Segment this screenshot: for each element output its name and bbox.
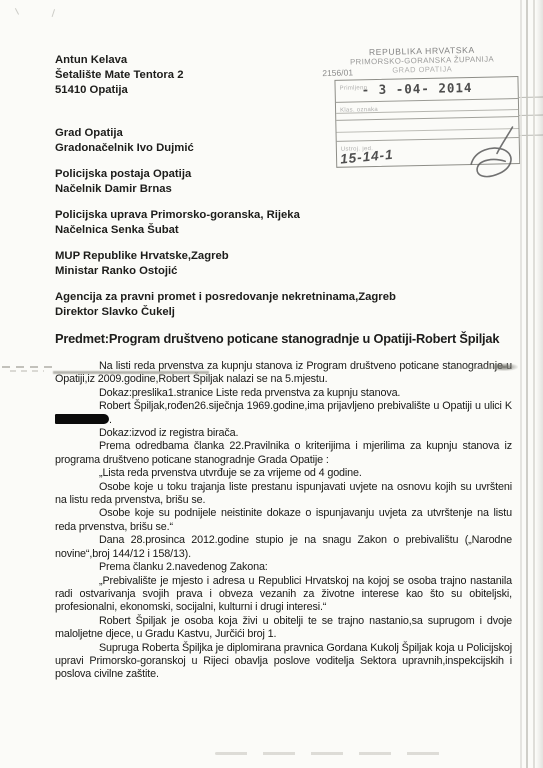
recipient-org: Policijska uprava Primorsko-goranska, Ri… <box>55 208 512 223</box>
scan-smudge-left-margin <box>2 366 52 368</box>
body-paragraph: Dana 28.prosinca 2012.godine stupio je n… <box>55 534 512 561</box>
recipients-list: Grad Opatija Gradonačelnik Ivo Dujmić Po… <box>55 126 512 320</box>
scan-line-right <box>526 0 528 768</box>
scan-smudge-right <box>452 367 492 369</box>
body-paragraph: Osobe koje su podnijele neistinite dokaz… <box>55 507 512 534</box>
recipient-person: Gradonačelnik Ivo Dujmić <box>55 141 512 156</box>
body-paragraph: Prema odredbama članka 22.Pravilnika o k… <box>55 440 512 467</box>
scan-line-right <box>533 0 535 768</box>
document-page: REPUBLIKA HRVATSKA PRIMORSKO-GORANSKA ŽU… <box>0 0 543 768</box>
sender-line: Šetalište Mate Tentora 2 <box>55 68 512 83</box>
recipient-group: Policijska uprava Primorsko-goranska, Ri… <box>55 208 512 238</box>
recipient-person: Načelnik Damir Brnas <box>55 182 512 197</box>
recipient-group: Policijska postaja Opatija Načelnik Dami… <box>55 167 512 197</box>
body-paragraph: „Prebivalište je mjesto i adresa u Repub… <box>55 575 512 615</box>
recipient-org: Grad Opatija <box>55 126 512 141</box>
scan-smudge-bottom <box>215 752 440 755</box>
body-text: Na listi reda prvenstva za kupnju stanov… <box>55 360 512 682</box>
scan-line-right <box>520 0 522 768</box>
paper-edge-shading <box>536 0 543 768</box>
body-paragraph: Dokaz:preslika1.stranice Liste reda prve… <box>55 387 512 400</box>
scan-smudge-underline <box>53 371 209 374</box>
recipient-group: Grad Opatija Gradonačelnik Ivo Dujmić <box>55 126 512 156</box>
recipient-person: Direktor Slavko Čukelj <box>55 305 512 320</box>
body-paragraph: Supruga Roberta Špiljka je diplomirana p… <box>55 642 512 682</box>
subject-line: Predmet:Program društveno poticane stano… <box>55 331 512 346</box>
redaction-box <box>55 414 109 424</box>
body-paragraph: Dokaz:izvod iz registra birača. <box>55 427 512 440</box>
scan-smudge-left-margin <box>10 370 44 372</box>
body-paragraph: Robert Špiljak,rođen26.siječnja 1969.god… <box>55 400 512 427</box>
recipient-group: Agencija za pravni promet i posredovanje… <box>55 290 512 320</box>
recipient-org: Policijska postaja Opatija <box>55 167 512 182</box>
recipient-person: Načelnica Senka Šubat <box>55 223 512 238</box>
scan-blob-right-edge <box>490 363 518 371</box>
sender-line: Antun Kelava <box>55 53 512 68</box>
sender-block: Antun KelavaŠetalište Mate Tentora 25141… <box>55 53 512 98</box>
pencil-mark <box>15 4 26 14</box>
recipient-org: MUP Republike Hrvatske,Zagreb <box>55 249 512 264</box>
body-paragraph: Prema članku 2.navedenog Zakona: <box>55 561 512 574</box>
body-paragraph: „Lista reda prvenstva utvrđuje se za vri… <box>55 467 512 480</box>
body-paragraph: Osobe koje u toku trajanja liste prestan… <box>55 481 512 508</box>
body-paragraph: Robert Špiljak je osoba koja živi u obit… <box>55 615 512 642</box>
letter-content: Antun KelavaŠetalište Mate Tentora 25141… <box>55 53 512 682</box>
sender-line: 51410 Opatija <box>55 83 512 98</box>
recipient-person: Ministar Ranko Ostojić <box>55 264 512 279</box>
recipient-group: MUP Republike Hrvatske,Zagreb Ministar R… <box>55 249 512 279</box>
recipient-org: Agencija za pravni promet i posredovanje… <box>55 290 512 305</box>
pencil-mark <box>45 7 55 17</box>
